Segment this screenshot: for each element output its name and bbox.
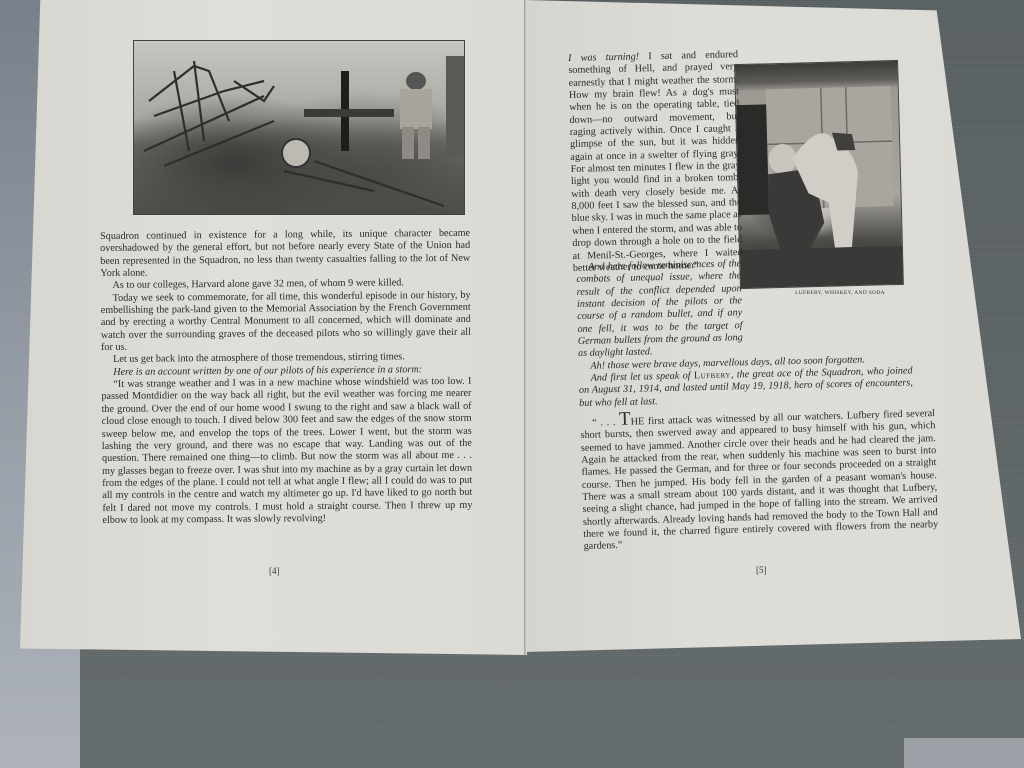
wreckage-illustration-icon: [134, 41, 464, 214]
storm-account-paragraph: “It was strange weather and I was in a n…: [101, 376, 472, 527]
drop-cap: T: [619, 409, 631, 430]
paragraph: I was turning! I sat and endured somethi…: [568, 49, 743, 275]
quote-caps: HE: [631, 416, 645, 427]
page-number-right: [5]: [756, 565, 767, 575]
page-number-left: [4]: [269, 566, 280, 576]
lufbery-intro-paragraph: And first let us speak of Lufbery, the g…: [579, 365, 914, 410]
continuation-text: I sat and endured something of Hell, and…: [568, 49, 742, 274]
quote-text: first attack was witnessed by all our wa…: [580, 408, 938, 552]
lufbery-name: Lufbery: [694, 370, 731, 382]
paragraph: Today we seek to commemorate, for all ti…: [101, 289, 472, 354]
paragraph: Squadron continued in existence for a lo…: [100, 228, 470, 281]
italic-paragraph: And here follow reminiscences of the com…: [576, 258, 743, 360]
continuation-lead: I was turning!: [568, 51, 639, 64]
quote-opening: “ . . .: [592, 417, 619, 429]
man-and-dog-illustration-icon: [735, 61, 903, 288]
quote-paragraph: “ . . . THE first attack was witnessed b…: [580, 406, 939, 554]
right-page-quote: “ . . . THE first attack was witnessed b…: [580, 406, 939, 554]
right-page-continuation: I was turning! I sat and endured somethi…: [568, 49, 743, 275]
right-page-italic-section: And here follow reminiscences of the com…: [576, 254, 913, 410]
crash-wreckage-photo: [133, 40, 465, 215]
left-page-body: Squadron continued in existence for a lo…: [100, 228, 473, 527]
book-gutter: [524, 0, 526, 655]
table-surface-corner: [904, 738, 1024, 768]
